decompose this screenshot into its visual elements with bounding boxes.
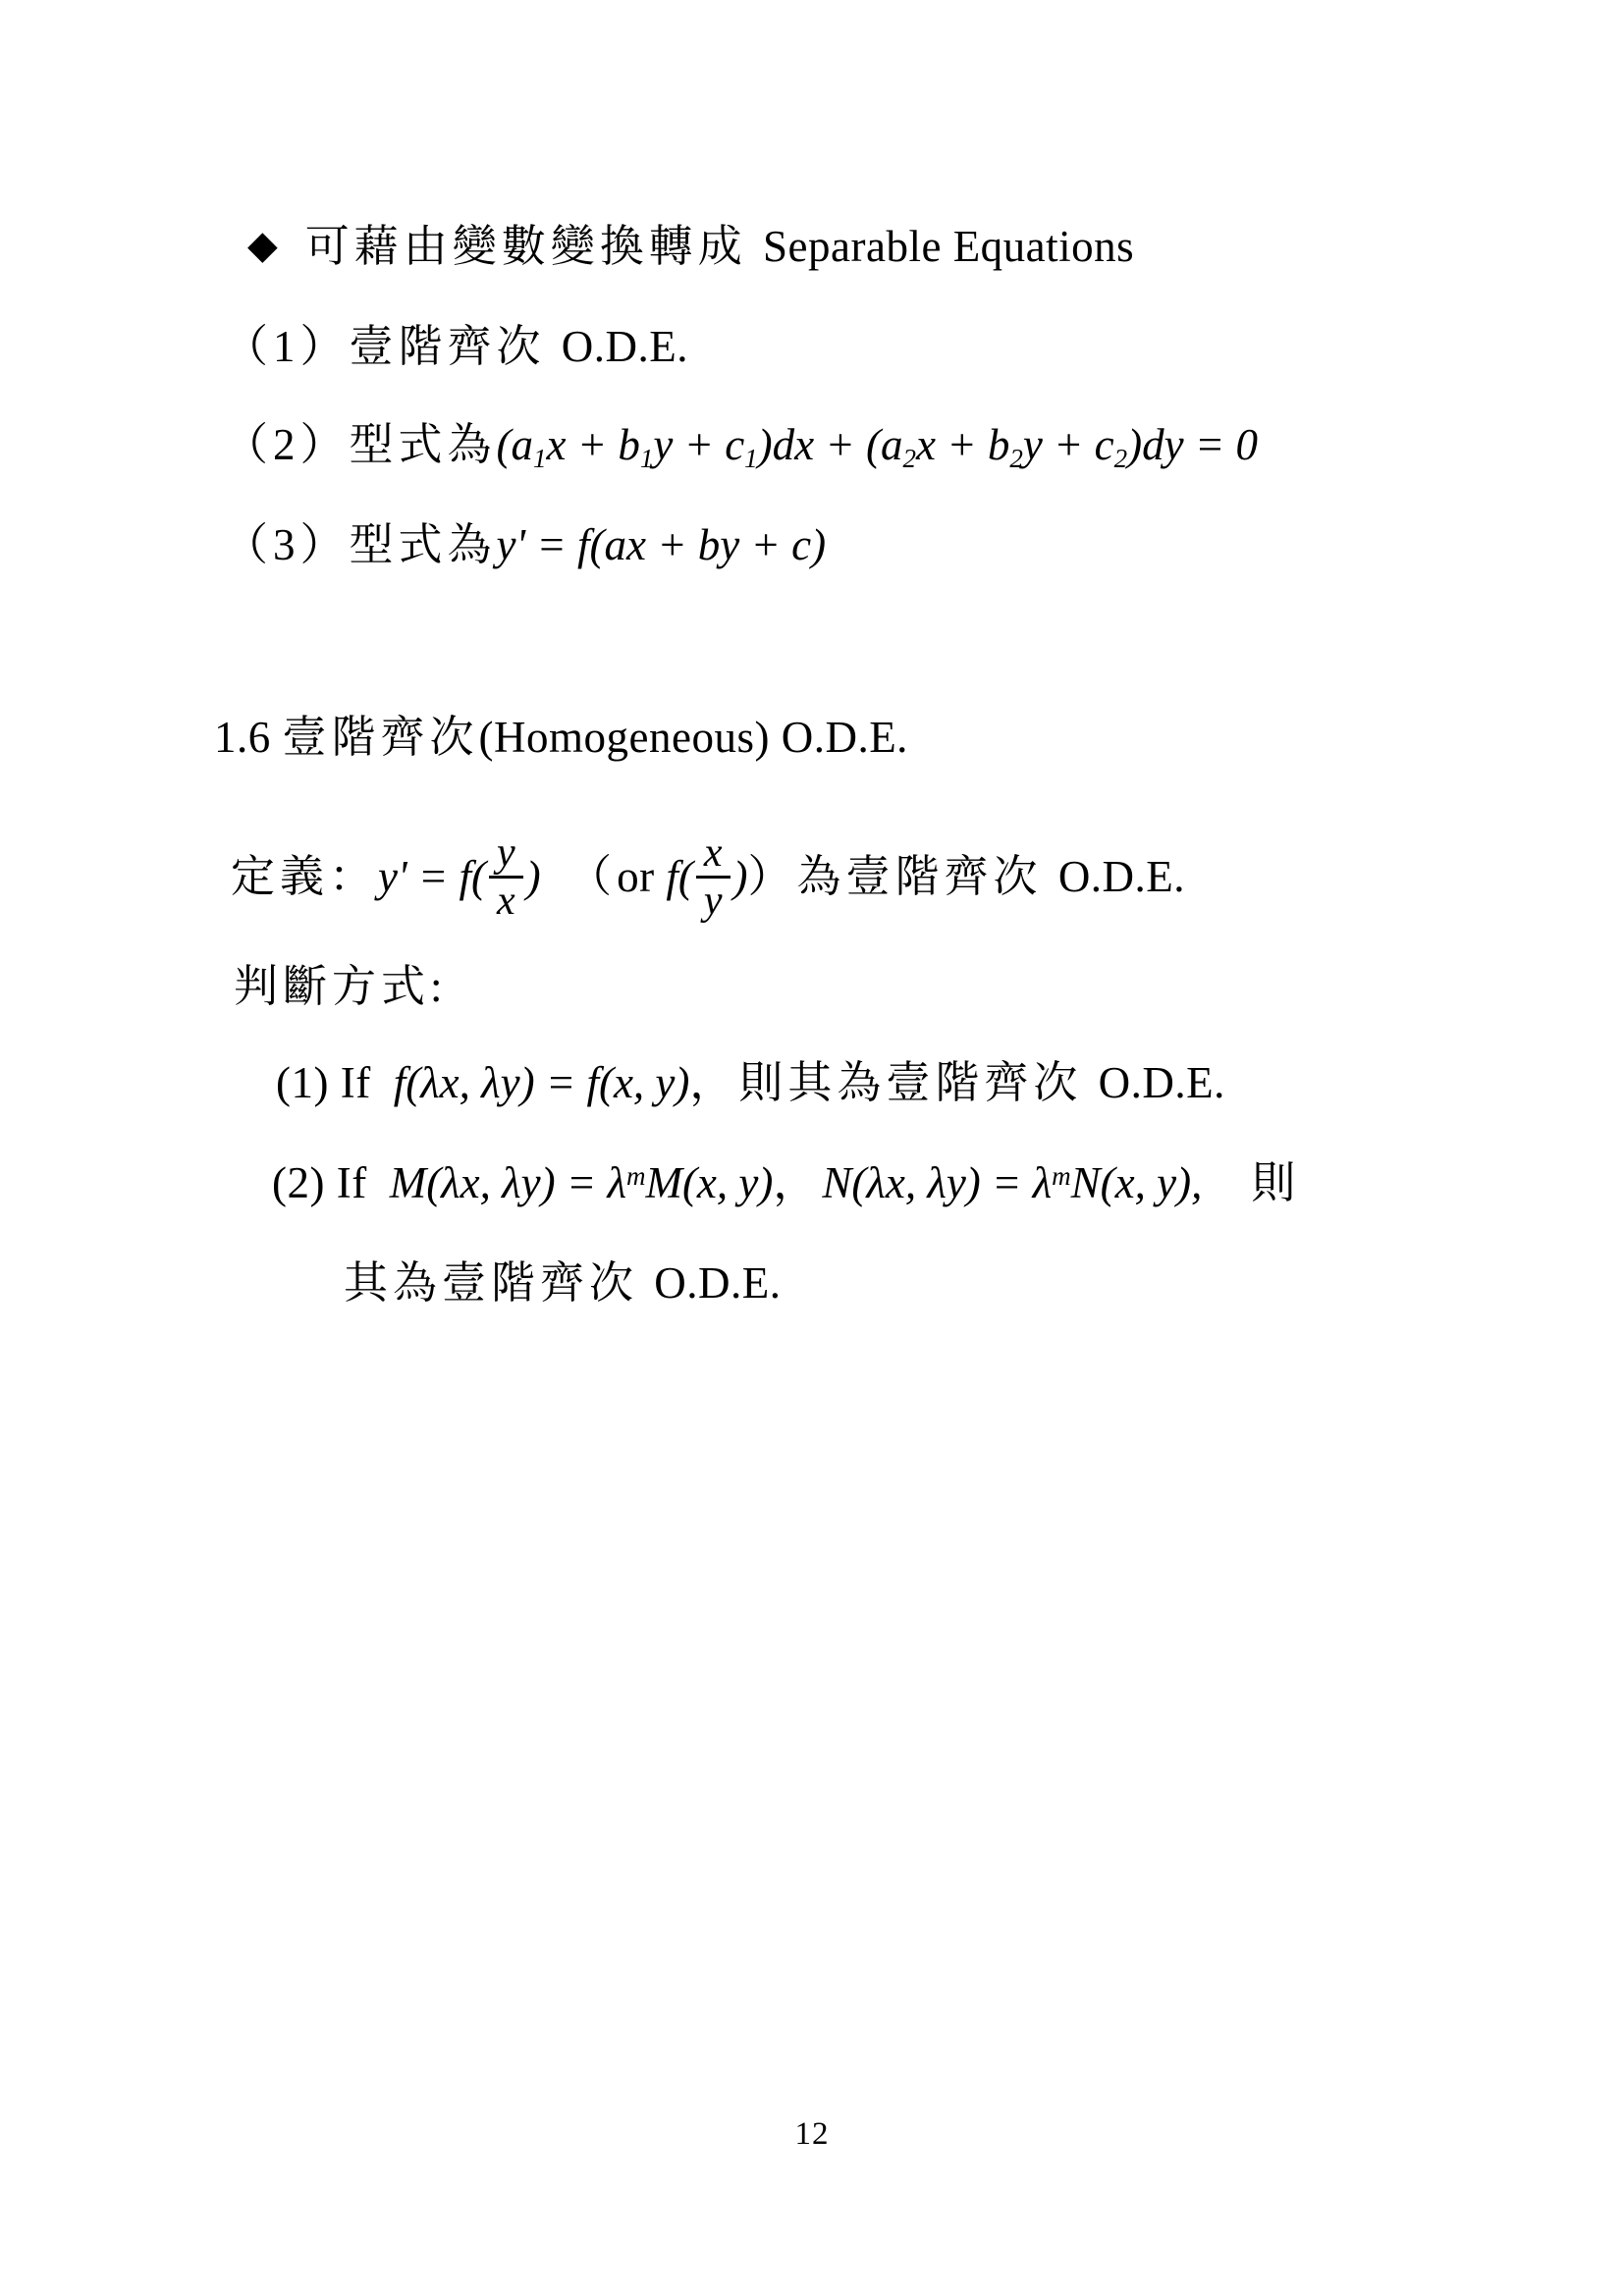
subscript: 2 xyxy=(1114,444,1128,473)
text-segment: O.D.E. xyxy=(654,1258,781,1308)
text-segment: O.D.E. xyxy=(1099,1058,1225,1107)
text-segment: （2）型式為 xyxy=(224,420,497,469)
text-segment: (2) If xyxy=(272,1158,390,1207)
bullet-title-line: ◆可藉由變數變換轉成 Separable Equations xyxy=(247,222,1134,273)
text-segment: or xyxy=(617,852,666,901)
fraction-denominator: x xyxy=(489,879,523,922)
text-segment: ）為壹階齊次 xyxy=(748,852,1058,901)
text-segment: O.D.E. xyxy=(562,322,688,371)
math-expression: M(λx, λy) = λmM(x, y) xyxy=(390,1158,774,1207)
text-segment: (Homogeneous) O.D.E. xyxy=(479,713,908,762)
text-segment: ，則其為壹階齊次 xyxy=(689,1058,1098,1107)
math-expression: y' = f(yx) xyxy=(378,852,541,901)
list-item-3: （3）型式為y' = f(ax + by + c) xyxy=(224,520,826,571)
text-segment: 則 xyxy=(1202,1158,1300,1207)
text-segment: 其為壹階齊次 xyxy=(344,1258,654,1308)
subscript: 1 xyxy=(533,444,547,473)
fraction-numerator: x xyxy=(696,832,731,879)
math-expression: f(λx, λy) = f(x, y) xyxy=(394,1058,690,1107)
text-segment: Separable Equations xyxy=(763,222,1134,271)
text-segment: （ xyxy=(541,852,618,901)
superscript: m xyxy=(1052,1161,1071,1191)
text-segment: 定義： xyxy=(231,852,378,901)
text-segment: 壹階齊次 xyxy=(283,713,479,762)
math-expression: N(λx, λy) = λmN(x, y), xyxy=(822,1158,1202,1207)
diamond-bullet-icon: ◆ xyxy=(247,223,278,268)
definition-line: 定義：y' = f(yx) （or f(xy)）為壹階齊次 O.D.E. xyxy=(231,836,1185,926)
text-segment: O.D.E. xyxy=(1058,852,1185,901)
judge-rule-1: (1) If f(λx, λy) = f(x, y)，則其為壹階齊次 O.D.E… xyxy=(276,1058,1225,1109)
math-expression: y' = f(ax + by + c) xyxy=(497,520,827,569)
fraction: yx xyxy=(489,832,523,922)
math-expression: f(xy) xyxy=(666,852,747,901)
judge-method-heading: 判斷方式: xyxy=(234,962,448,1013)
list-item-1: （1）壹階齊次 O.D.E. xyxy=(224,322,688,373)
fraction: xy xyxy=(696,832,731,922)
fraction-denominator: y xyxy=(696,879,731,922)
subscript: 2 xyxy=(902,444,916,473)
subscript: 2 xyxy=(1009,444,1023,473)
judge-rule-2-continued: 其為壹階齊次 O.D.E. xyxy=(344,1258,782,1309)
text-segment: （3）型式為 xyxy=(224,520,497,569)
math-expression: (a1x + b1y + c1)dx + (a2x + b2y + c2)dy … xyxy=(497,420,1258,469)
fraction-numerator: y xyxy=(489,832,523,879)
document-page: ◆可藉由變數變換轉成 Separable Equations （1）壹階齊次 O… xyxy=(0,0,1624,2296)
text-segment: (1) If xyxy=(276,1058,394,1107)
text-segment: ， xyxy=(773,1158,822,1207)
text-segment: 判斷方式: xyxy=(234,962,448,1011)
page-number: 12 xyxy=(0,2116,1624,2153)
list-item-2: （2）型式為(a1x + b1y + c1)dx + (a2x + b2y + … xyxy=(224,420,1258,471)
judge-rule-2: (2) If M(λx, λy) = λmM(x, y)，N(λx, λy) =… xyxy=(272,1158,1300,1209)
section-heading-1-6: 1.6 壹階齊次(Homogeneous) O.D.E. xyxy=(214,713,908,764)
text-segment: 1.6 xyxy=(214,713,283,762)
text-segment: 可藉由變數變換轉成 xyxy=(305,222,763,271)
subscript: 1 xyxy=(640,444,654,473)
subscript: 1 xyxy=(744,444,758,473)
text-segment: （1）壹階齊次 xyxy=(224,322,562,371)
superscript: m xyxy=(626,1161,646,1191)
